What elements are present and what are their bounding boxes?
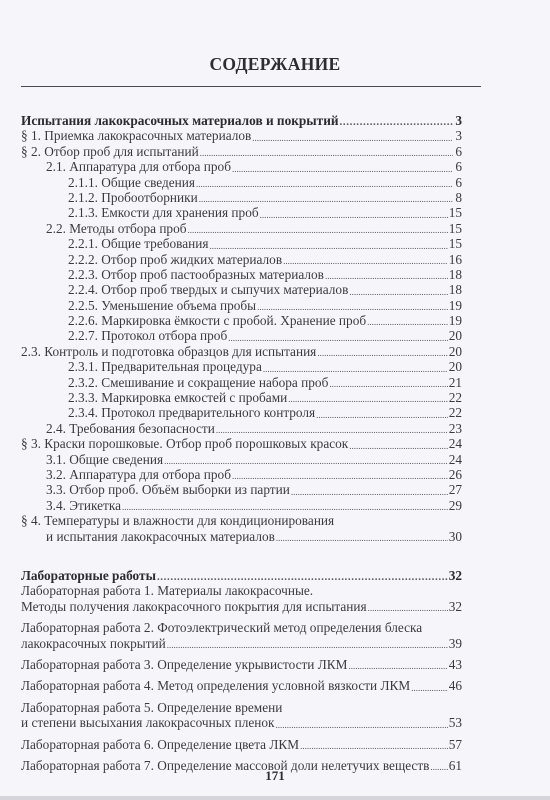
toc-entry-label: 2.4. Требования безопасности: [46, 421, 215, 436]
dot-leader: [367, 313, 448, 328]
dot-leader: [317, 344, 447, 359]
toc-entry-label: 2.2.2. Отбор проб жидких материалов: [68, 252, 282, 267]
toc-entry: § 2. Отбор проб для испытаний6: [21, 144, 462, 159]
toc-entry-page: 8: [454, 190, 462, 205]
toc-entry: 2.1.2. Пробоотборники8: [21, 190, 462, 205]
toc-entry: 3.4. Этикетка29: [21, 498, 462, 513]
toc-entry-page: 22: [449, 405, 462, 420]
dot-leader: [276, 529, 448, 544]
toc-entry-label: 2.1.2. Пробоотборники: [68, 190, 198, 205]
toc-lab-title-line2: Лабораторная работа 6. Определение цвета…: [21, 737, 462, 752]
toc-entry-page: 6: [454, 144, 462, 159]
toc-lab-title-line2: Лабораторная работа 3. Определение укрыв…: [21, 657, 462, 672]
toc-entry-page: 18: [449, 267, 462, 282]
dot-leader: [216, 421, 448, 436]
toc-entry-label: 2.3.1. Предварительная процедура: [68, 359, 262, 374]
toc-entry-page: 18: [449, 282, 462, 297]
toc-entry-label: Методы получения лакокрасочного покрытия…: [21, 599, 367, 614]
toc-entry-label: 3.3. Отбор проб. Объём выборки из партии: [46, 482, 290, 497]
toc-entry-label: 2.2. Методы отбора проб: [46, 221, 187, 236]
toc-entry-page: 39: [449, 636, 462, 651]
dot-leader: [411, 678, 448, 693]
toc-entry-label: § 2. Отбор проб для испытаний: [21, 144, 199, 159]
toc-entry-page: 27: [449, 482, 462, 497]
toc-lab-title-line2: Методы получения лакокрасочного покрытия…: [21, 599, 462, 614]
toc-entry-page: 23: [449, 421, 462, 436]
toc-entry-section-4: и испытания лакокрасочных материалов 30: [21, 529, 462, 544]
toc-entry-label: 3.2. Аппаратура для отбора проб: [46, 467, 231, 482]
toc-lab-entry: Лабораторная работа 3. Определение укрыв…: [21, 651, 462, 672]
toc-entry-page: 6: [454, 159, 462, 174]
toc-entry: 2.2. Методы отбора проб15: [21, 221, 462, 236]
dot-leader: [316, 405, 448, 420]
toc-entry-page: 43: [449, 657, 462, 672]
toc-entry-page: 6: [454, 175, 462, 190]
toc-entry: 2.4. Требования безопасности23: [21, 421, 462, 436]
title-rule: [21, 86, 481, 87]
toc-lab-entry: Лабораторная работа 4. Метод определения…: [21, 672, 462, 693]
toc-lab-title-line2: Лабораторная работа 4. Метод определения…: [21, 678, 462, 693]
toc-entry: 3.2. Аппаратура для отбора проб26: [21, 467, 462, 482]
dot-leader: [157, 568, 448, 583]
toc-entry-page: 53: [449, 715, 462, 730]
toc-lab-entry: Лабораторная работа 2. Фотоэлектрический…: [21, 614, 462, 651]
toc-entry-label: 3.4. Этикетка: [46, 498, 121, 513]
toc-entry: § 1. Приемка лакокрасочных материалов3: [21, 128, 462, 143]
toc-entry: 2.1.3. Емкости для хранения проб15: [21, 205, 462, 220]
toc-entry-page: 20: [449, 328, 462, 343]
page-edge: [0, 796, 550, 800]
dot-leader: [199, 190, 453, 205]
dot-leader: [348, 657, 447, 672]
dot-leader: [252, 128, 453, 143]
toc-entry-label: 2.2.5. Уменьшение объема пробы: [68, 298, 256, 313]
dot-leader: [232, 159, 453, 174]
toc-lab-entry: Лабораторная работа 1. Материалы лакокра…: [21, 583, 462, 614]
toc-entry-label: 2.2.7. Протокол отбора проб: [68, 328, 227, 343]
toc-entry-page: 20: [449, 359, 462, 374]
toc-entry: 3.3. Отбор проб. Объём выборки из партии…: [21, 482, 462, 497]
dot-leader: [263, 359, 448, 374]
toc-entry-page: 29: [449, 498, 462, 513]
toc-entry-label: 2.2.3. Отбор проб пастообразных материал…: [68, 267, 324, 282]
toc-entry-labs-header: Лабораторные работы 32: [21, 568, 462, 583]
toc-lab-title-line2: и степени высыхания лакокрасочных пленок…: [21, 715, 462, 730]
page-title: СОДЕРЖАНИЕ: [0, 54, 550, 75]
toc-entry-label: 2.1.1. Общие сведения: [68, 175, 195, 190]
dot-leader: [232, 467, 448, 482]
dot-leader: [325, 267, 448, 282]
toc-entry: 2.1.1. Общие сведения6: [21, 175, 462, 190]
toc-entry: 2.3.2. Смешивание и сокращение набора пр…: [21, 375, 462, 390]
page-number: 171: [0, 768, 550, 784]
toc-lab-entry: Лабораторная работа 5. Определение време…: [21, 694, 462, 731]
toc-entry-section-4-line1: § 4. Температуры и влажности для кондици…: [21, 513, 462, 528]
toc-entry-label: 2.3.2. Смешивание и сокращение набора пр…: [68, 375, 328, 390]
dot-leader: [283, 252, 448, 267]
toc-entry-label: 2.3.4. Протокол предварительного контрол…: [68, 405, 315, 420]
dot-leader: [291, 482, 448, 497]
toc-entry: Испытания лакокрасочных материалов и пок…: [21, 113, 462, 128]
toc-entry-label: 3.1. Общие сведения: [46, 452, 163, 467]
toc-entry-page: 15: [449, 236, 462, 251]
toc-entry: 2.2.5. Уменьшение объема пробы19: [21, 298, 462, 313]
table-of-contents: Испытания лакокрасочных материалов и пок…: [21, 113, 462, 773]
book-page: СОДЕРЖАНИЕ Испытания лакокрасочных матер…: [0, 0, 550, 796]
toc-entry-page: 16: [449, 252, 462, 267]
toc-entry-page: 3: [454, 113, 462, 128]
toc-entry-label: 2.2.1. Общие требования: [68, 236, 208, 251]
toc-entry-page: 19: [449, 313, 462, 328]
toc-entry-page: 24: [449, 452, 462, 467]
toc-entry-label: Лабораторные работы: [21, 568, 156, 583]
toc-entry-page: 32: [449, 599, 462, 614]
toc-entry-page: 3: [454, 128, 462, 143]
dot-leader: [288, 390, 447, 405]
dot-leader: [228, 328, 447, 343]
toc-entry: 2.2.3. Отбор проб пастообразных материал…: [21, 267, 462, 282]
dot-leader: [368, 599, 448, 614]
dot-leader: [167, 636, 448, 651]
dot-leader: [257, 298, 448, 313]
toc-labs-list: Лабораторная работа 1. Материалы лакокра…: [21, 583, 462, 773]
toc-entry: § 3. Краски порошковые. Отбор проб порош…: [21, 436, 462, 451]
toc-entry-page: 30: [449, 529, 462, 544]
dot-leader: [164, 452, 448, 467]
toc-entry-page: 19: [449, 298, 462, 313]
toc-entry-label: 2.2.4. Отбор проб твердых и сыпучих мате…: [68, 282, 348, 297]
toc-entry-label: 2.1. Аппаратура для отбора проб: [46, 159, 231, 174]
toc-entry: 2.2.2. Отбор проб жидких материалов16: [21, 252, 462, 267]
toc-entry-label: лакокрасочных покрытий: [21, 636, 166, 651]
toc-entry-page: 32: [449, 568, 462, 583]
dot-leader: [276, 715, 448, 730]
toc-entry-label: § 3. Краски порошковые. Отбор проб порош…: [21, 436, 348, 451]
toc-entry-label: Лабораторная работа 3. Определение укрыв…: [21, 657, 347, 672]
dot-leader: [300, 737, 448, 752]
toc-entry: 2.3. Контроль и подготовка образцов для …: [21, 344, 462, 359]
dot-leader: [260, 205, 448, 220]
dot-leader: [340, 113, 453, 128]
toc-section-list: Испытания лакокрасочных материалов и пок…: [21, 113, 462, 513]
toc-entry: 2.2.7. Протокол отбора проб20: [21, 328, 462, 343]
toc-entry-page: 46: [449, 678, 462, 693]
toc-entry-page: 57: [449, 737, 462, 752]
dot-leader: [349, 436, 447, 451]
dot-leader: [329, 375, 447, 390]
toc-entry: 2.2.1. Общие требования15: [21, 236, 462, 251]
toc-entry: 2.2.6. Маркировка ёмкости с пробой. Хран…: [21, 313, 462, 328]
dot-leader: [200, 144, 453, 159]
dot-leader: [196, 175, 453, 190]
toc-entry: 2.1. Аппаратура для отбора проб6: [21, 159, 462, 174]
toc-entry-label: 2.3.3. Маркировка емкостей с пробами: [68, 390, 287, 405]
dot-leader: [188, 221, 448, 236]
toc-lab-title-line1: Лабораторная работа 1. Материалы лакокра…: [21, 583, 462, 598]
toc-entry: 2.2.4. Отбор проб твердых и сыпучих мате…: [21, 282, 462, 297]
toc-lab-title-line2: лакокрасочных покрытий39: [21, 636, 462, 651]
toc-entry-label: 2.3. Контроль и подготовка образцов для …: [21, 344, 316, 359]
toc-entry-label: § 1. Приемка лакокрасочных материалов: [21, 128, 251, 143]
spacer: [21, 544, 462, 568]
toc-entry-label: Лабораторная работа 6. Определение цвета…: [21, 737, 299, 752]
toc-lab-title-line1: Лабораторная работа 5. Определение време…: [21, 700, 462, 715]
dot-leader: [209, 236, 447, 251]
toc-lab-title-line1: Лабораторная работа 2. Фотоэлектрический…: [21, 620, 462, 635]
toc-lab-entry: Лабораторная работа 6. Определение цвета…: [21, 731, 462, 752]
toc-entry: 3.1. Общие сведения24: [21, 452, 462, 467]
toc-entry-page: 22: [449, 390, 462, 405]
toc-entry-label: и степени высыхания лакокрасочных пленок: [21, 715, 275, 730]
toc-entry-page: 24: [449, 436, 462, 451]
toc-entry-label: и испытания лакокрасочных материалов: [46, 529, 275, 544]
toc-entry: 2.3.1. Предварительная процедура20: [21, 359, 462, 374]
dot-leader: [349, 282, 447, 297]
toc-entry-page: 26: [449, 467, 462, 482]
toc-entry-label: 2.1.3. Емкости для хранения проб: [68, 205, 259, 220]
toc-entry-label: Лабораторная работа 4. Метод определения…: [21, 678, 410, 693]
dot-leader: [122, 498, 448, 513]
toc-entry-label: Испытания лакокрасочных материалов и пок…: [21, 113, 339, 128]
toc-entry-page: 21: [449, 375, 462, 390]
toc-entry-page: 20: [449, 344, 462, 359]
toc-entry-page: 15: [449, 221, 462, 236]
toc-entry: 2.3.3. Маркировка емкостей с пробами22: [21, 390, 462, 405]
toc-entry-page: 15: [449, 205, 462, 220]
toc-entry: 2.3.4. Протокол предварительного контрол…: [21, 405, 462, 420]
toc-entry-label: 2.2.6. Маркировка ёмкости с пробой. Хран…: [68, 313, 366, 328]
